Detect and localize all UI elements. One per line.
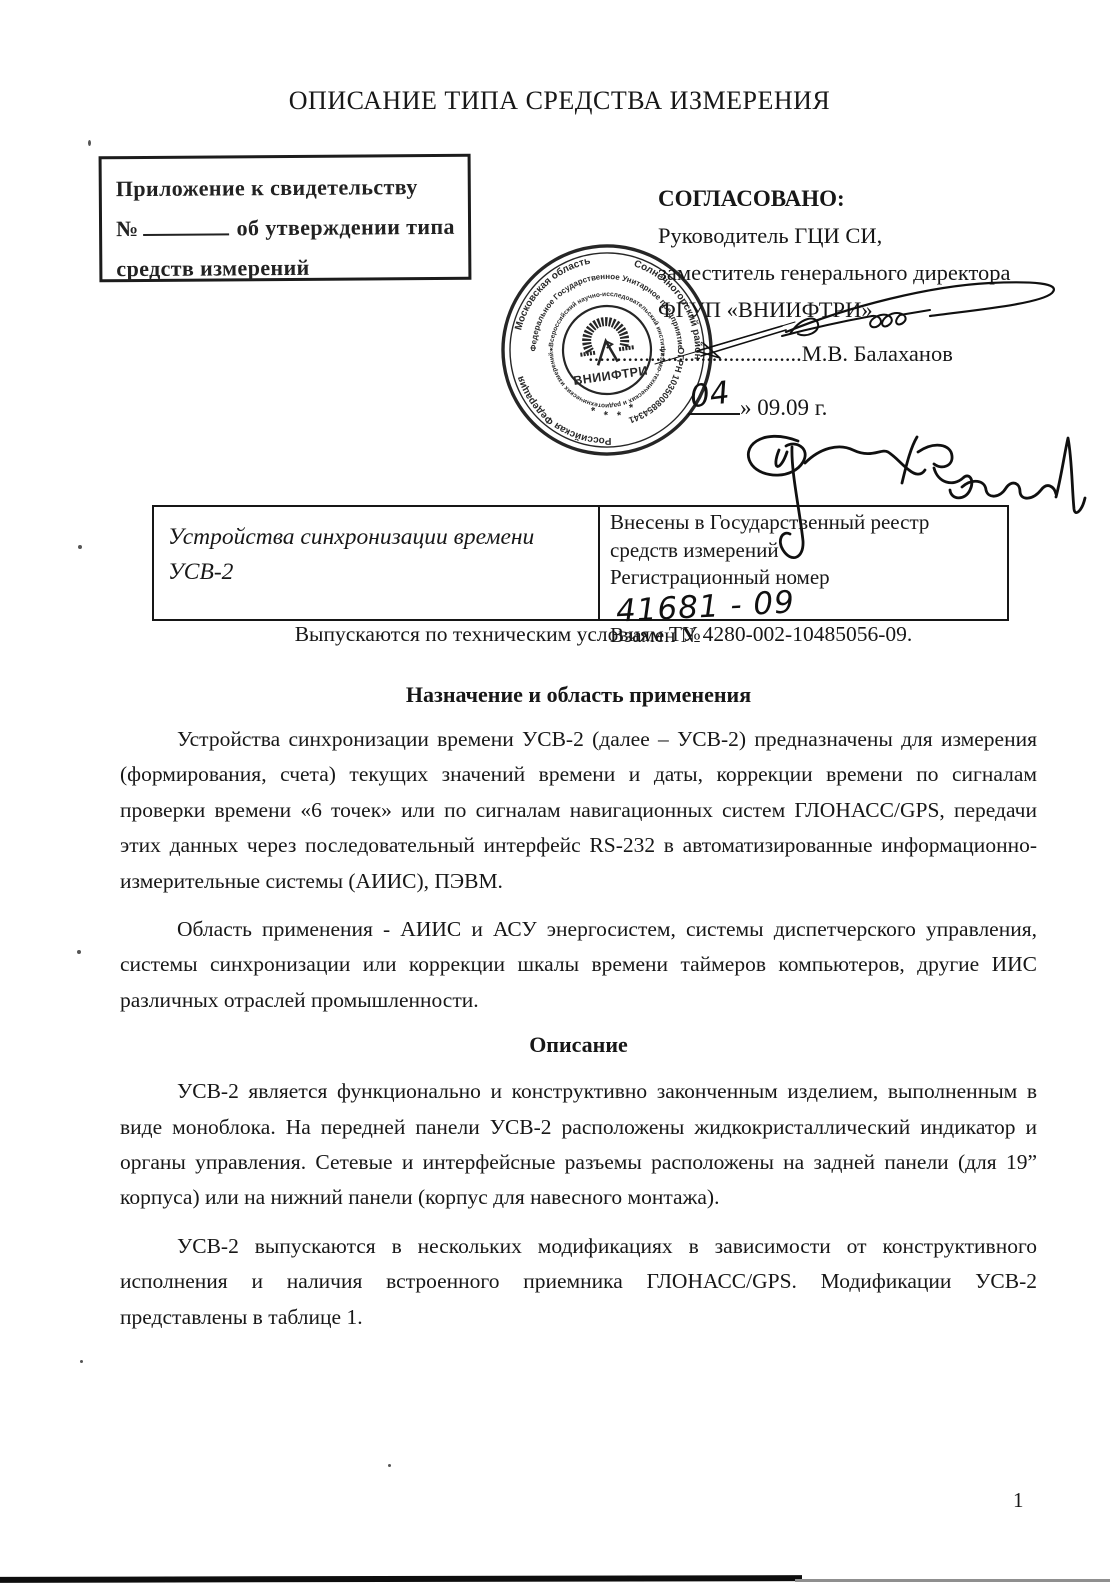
seal-center-label: ВНИИФТРИ — [572, 364, 648, 388]
scan-speck — [80, 1360, 83, 1363]
scan-speck — [88, 140, 91, 146]
signer-name: М.В. Балаханов — [802, 341, 953, 366]
registration-number-line: Регистрационный номер41681 - 09 — [610, 564, 1007, 622]
registry-table: Устройства синхронизации времени УСВ-2 В… — [152, 505, 1009, 621]
paragraph: Область применения - АИИС и АСУ энергоси… — [120, 912, 1037, 1018]
vniiftri-round-seal: Московская область Солнечногорский район… — [479, 222, 734, 477]
cert-box-line1: Приложение к свидетельству — [116, 167, 456, 209]
scan-speck — [78, 545, 82, 549]
cert-number-prefix: № — [116, 216, 139, 241]
product-name-line2: УСВ-2 — [168, 555, 588, 590]
scan-speck — [388, 1464, 391, 1467]
handwritten-registration-number: 41681 - 09 — [615, 589, 795, 626]
release-conditions-line: Выпускаются по техническим условиям ТУ 4… — [88, 622, 1119, 647]
scan-edge-bar — [0, 1575, 802, 1583]
seal-asterisk: * — [603, 409, 610, 422]
scan-speck — [77, 950, 81, 954]
cert-number-blank — [142, 215, 228, 236]
registry-entry-line2: средств измерений — [610, 537, 1007, 565]
paragraph: УСВ-2 является функционально и конструкт… — [120, 1074, 1037, 1216]
document-page: ОПИСАНИЕ ТИПА СРЕДСТВА ИЗМЕРЕНИЯ Приложе… — [0, 0, 1119, 1587]
agreement-line2: заместитель генерального директора — [658, 254, 1078, 291]
date-rest: » 09.09 г. — [740, 395, 827, 420]
seal-emblem-omega — [576, 318, 635, 368]
product-name-cell: Устройства синхронизации времени УСВ-2 — [154, 507, 598, 619]
product-name-line1: Устройства синхронизации времени — [168, 520, 588, 555]
seal-inner-circle — [557, 300, 656, 399]
seal-outer-ring — [490, 233, 725, 468]
registration-number-label: Регистрационный номер — [610, 565, 830, 589]
document-body: Назначение и область применения Устройст… — [120, 682, 1037, 1348]
agreement-line3: ФГУП «ВНИИФТРИ» — [658, 291, 1078, 328]
paragraph: УСВ-2 выпускаются в нескольких модификац… — [120, 1229, 1037, 1335]
registry-entry-line1: Внесены в Государственный реестр — [610, 509, 1007, 537]
agreement-heading: СОГЛАСОВАНО: — [658, 180, 1078, 217]
page-title: ОПИСАНИЕ ТИПА СРЕДСТВА ИЗМЕРЕНИЯ — [0, 86, 1119, 116]
section-heading-purpose: Назначение и область применения — [120, 682, 1037, 708]
agreement-block: СОГЛАСОВАНО: Руководитель ГЦИ СИ, замест… — [658, 180, 1078, 328]
cert-box-line3: средств измерений — [116, 247, 456, 289]
seal-asterisk: * — [616, 410, 623, 423]
cert-box-line2: №об утверждении типа — [116, 207, 456, 249]
paragraph: Устройства синхронизации времени УСВ-2 (… — [120, 722, 1037, 899]
page-number: 1 — [1013, 1488, 1024, 1513]
agreement-line1: Руководитель ГЦИ СИ, — [658, 217, 1078, 254]
certificate-stamp-box: Приложение к свидетельству №об утвержден… — [99, 154, 472, 283]
registry-entry-cell: Внесены в Государственный реестр средств… — [598, 507, 1007, 619]
section-heading-description: Описание — [120, 1032, 1037, 1058]
scan-edge-bar-light — [795, 1579, 1110, 1582]
cert-box-line2-suffix: об утверждении типа — [236, 214, 454, 241]
seal-asterisk: * — [628, 402, 635, 415]
